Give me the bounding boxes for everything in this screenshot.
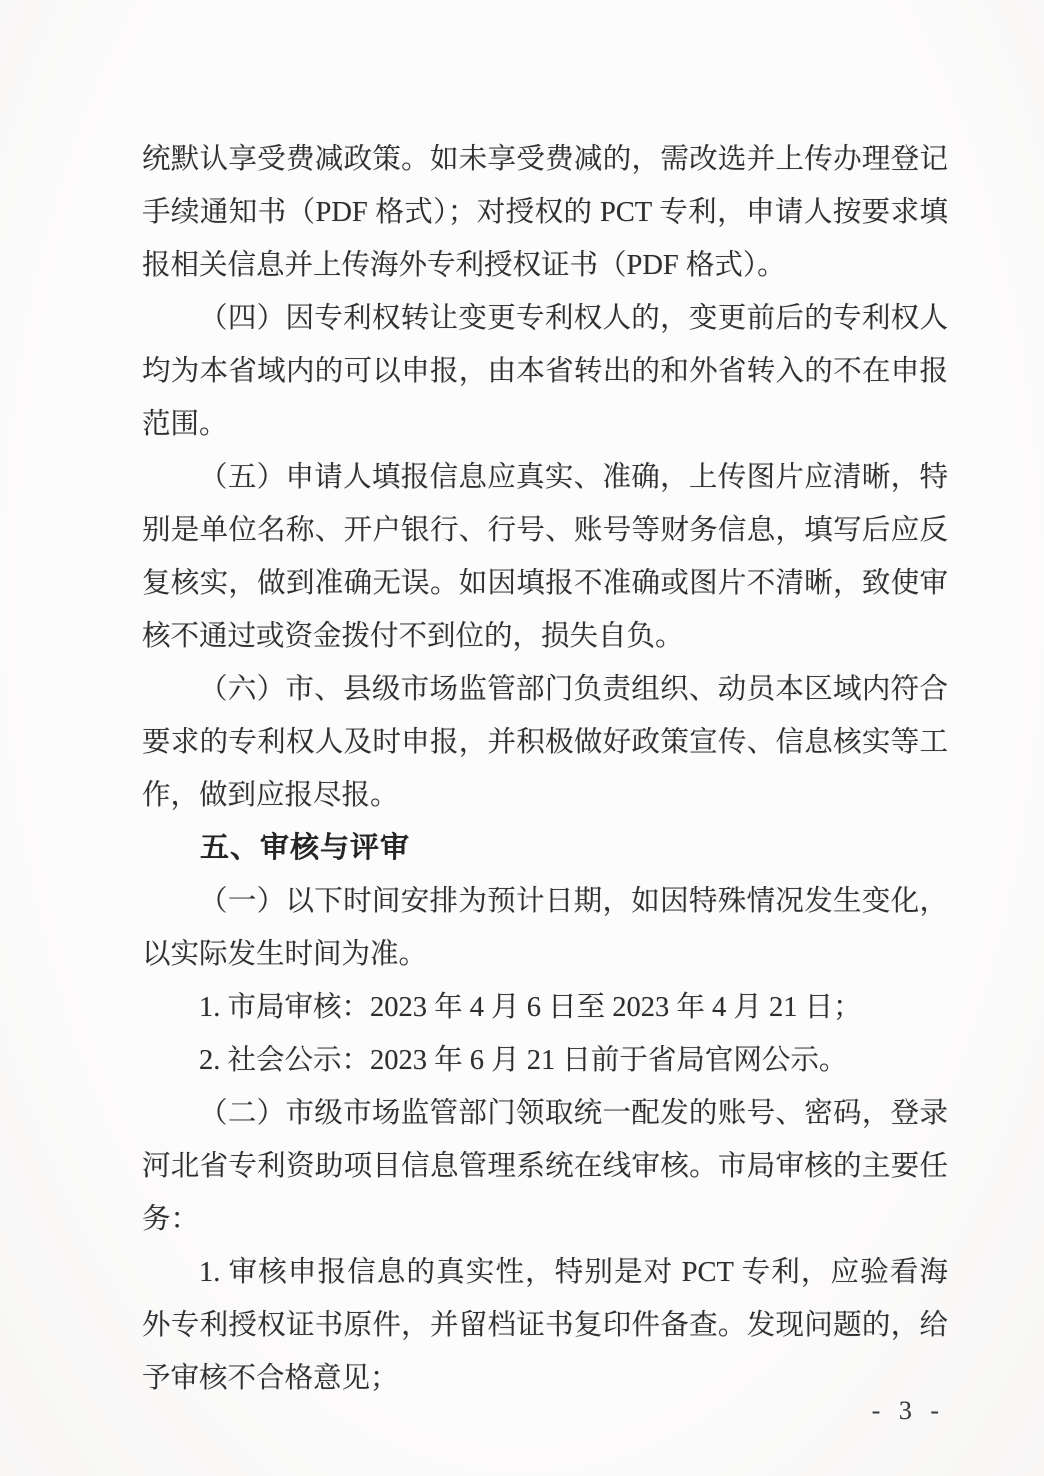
document-body: 统默认享受费减政策。如未享受费减的，需改选并上传办理登记手续通知书（PDF 格式… — [142, 133, 948, 1405]
paragraph-item-6: （六）市、县级市场监管部门负责组织、动员本区域内符合要求的专利权人及时申报，并积… — [142, 663, 948, 822]
section-heading-review: 五、审核与评审 — [142, 822, 948, 875]
paragraph-item-1-schedule: （一）以下时间安排为预计日期，如因特殊情况发生变化，以实际发生时间为准。 — [142, 875, 948, 981]
paragraph-item-2-login: （二）市级市场监管部门领取统一配发的账号、密码，登录河北省专利资助项目信息管理系… — [142, 1087, 948, 1246]
paragraph-review-task-1: 1. 审核申报信息的真实性，特别是对 PCT 专利，应验看海外专利授权证书原件，… — [142, 1246, 948, 1405]
paragraph-item-5: （五）申请人填报信息应真实、准确，上传图片应清晰，特别是单位名称、开户银行、行号… — [142, 451, 948, 663]
paragraph-item-4: （四）因专利权转让变更专利权人的，变更前后的专利权人均为本省域内的可以申报，由本… — [142, 292, 948, 451]
paragraph-schedule-public-notice: 2. 社会公示：2023 年 6 月 21 日前于省局官网公示。 — [142, 1034, 948, 1087]
document-page: 统默认享受费减政策。如未享受费减的，需改选并上传办理登记手续通知书（PDF 格式… — [0, 0, 1044, 1476]
page-number: - 3 - — [872, 1396, 945, 1426]
paragraph-continuation: 统默认享受费减政策。如未享受费减的，需改选并上传办理登记手续通知书（PDF 格式… — [142, 133, 948, 292]
paragraph-schedule-city-review: 1. 市局审核：2023 年 4 月 6 日至 2023 年 4 月 21 日； — [142, 981, 948, 1034]
